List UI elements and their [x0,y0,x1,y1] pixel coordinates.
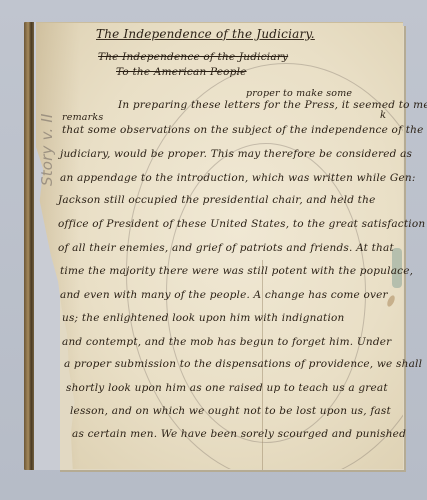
manuscript-line: Jackson still occupied the presidential … [58,194,375,206]
manuscript-line: a proper submission to the dispensations… [64,358,422,370]
margin-mark: k [380,110,386,121]
manuscript-line: time the majority there were was still p… [60,265,413,277]
manuscript-line: shortly look upon him as one raised up t… [66,382,388,394]
manuscript-line: In preparing these letters for the Press… [118,99,427,111]
struck-subtitle: The Independence of the Judiciary [98,51,288,63]
pencil-margin-note: Story v. II [38,113,56,186]
manuscript-line: that some observations on the subject of… [62,124,424,136]
page-title: The Independence of the Judiciary. [96,27,315,41]
manuscript-line: as certain men. We have been sorely scou… [72,428,406,440]
manuscript-line: and even with many of the people. A chan… [60,289,388,301]
backdrop: The Independence of the Judiciary. The I… [0,0,427,500]
struck-subtitle: To the American People [116,66,247,78]
manuscript-line: and contempt, and the mob has begun to f… [62,336,391,348]
manuscript-line: of all their enemies, and grief of patri… [58,242,394,254]
insertion-remarks: remarks [62,112,103,123]
manuscript-line: office of President of these United Stat… [58,218,425,230]
manuscript-line: lesson, and on which we ought not to be … [70,405,391,417]
manuscript-line: judiciary, would be proper. This may the… [60,148,412,160]
manuscript-line: an appendage to the introduction, which … [60,172,416,184]
insertion-text: proper to make some [246,88,352,99]
manuscript-line: us; the enlightened look upon him with i… [62,312,345,324]
